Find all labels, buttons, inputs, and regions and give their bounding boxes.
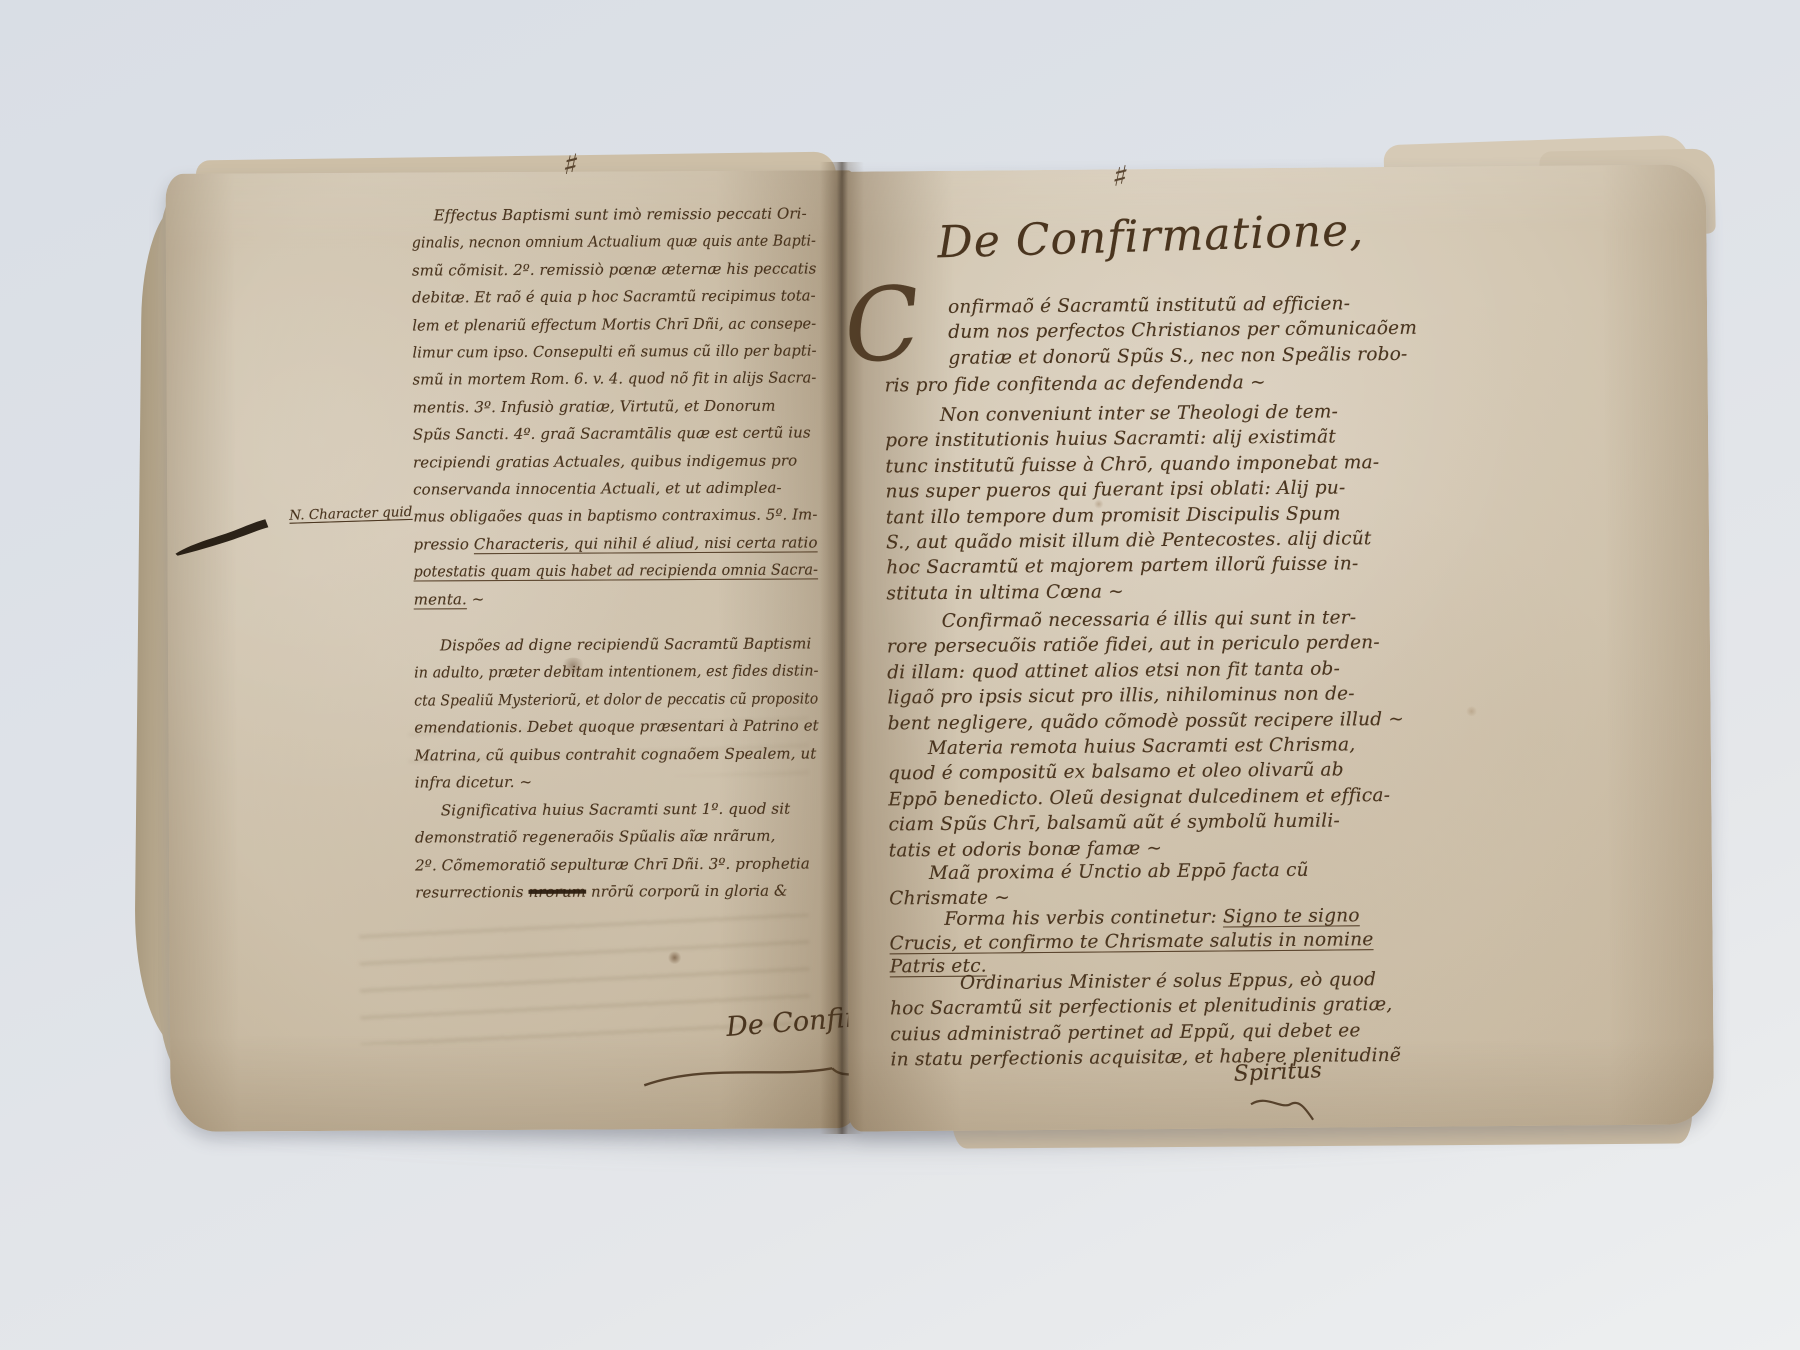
paragraph-1-lastline: ris pro fide confitenda ac defendenda ~ — [885, 369, 1430, 399]
paper-stain — [1466, 706, 1478, 716]
section-mark-right: ♯ — [1110, 158, 1131, 195]
left-text-block-3: Significativa huius Sacramti sunt 1º. qu… — [415, 795, 820, 907]
paragraph-4: Materia remota huius Sacramti est Chrism… — [888, 732, 1434, 864]
paragraph-1-lines: onfirmaõ é Sacramtũ institutũ ad efficie… — [948, 291, 1423, 371]
left-text-block-1: Effectus Baptismi sunt imò remissio pecc… — [412, 200, 818, 613]
margin-note: N. Character quid — [289, 504, 413, 524]
pen-flourish — [1247, 1090, 1317, 1125]
manuscript-photo: ♯ Effectus Baptismi sunt imò remissio pe… — [0, 0, 1800, 1350]
ink-stroke — [173, 511, 273, 556]
page-title: De Confirmatione, — [937, 205, 1365, 269]
catchword-right: Spiritus — [1233, 1058, 1322, 1087]
paragraph-3: Confirmaõ necessaria é illis qui sunt in… — [887, 605, 1433, 737]
paragraph-7: Ordinarius Minister é solus Eppus, eò qu… — [890, 967, 1436, 1073]
drop-cap-initial: C — [840, 272, 926, 379]
paragraph-2: Non conveniunt inter se Theologi de tem-… — [885, 399, 1432, 607]
right-page: ♯ De Confirmatione, C onfirmaõ é Sacramt… — [841, 164, 1714, 1132]
left-text-block-2: Dispões ad digne recipiendũ Sacramtũ Bap… — [414, 630, 819, 797]
paper-stain — [668, 951, 682, 964]
left-page: ♯ Effectus Baptismi sunt imò remissio pe… — [165, 170, 858, 1132]
